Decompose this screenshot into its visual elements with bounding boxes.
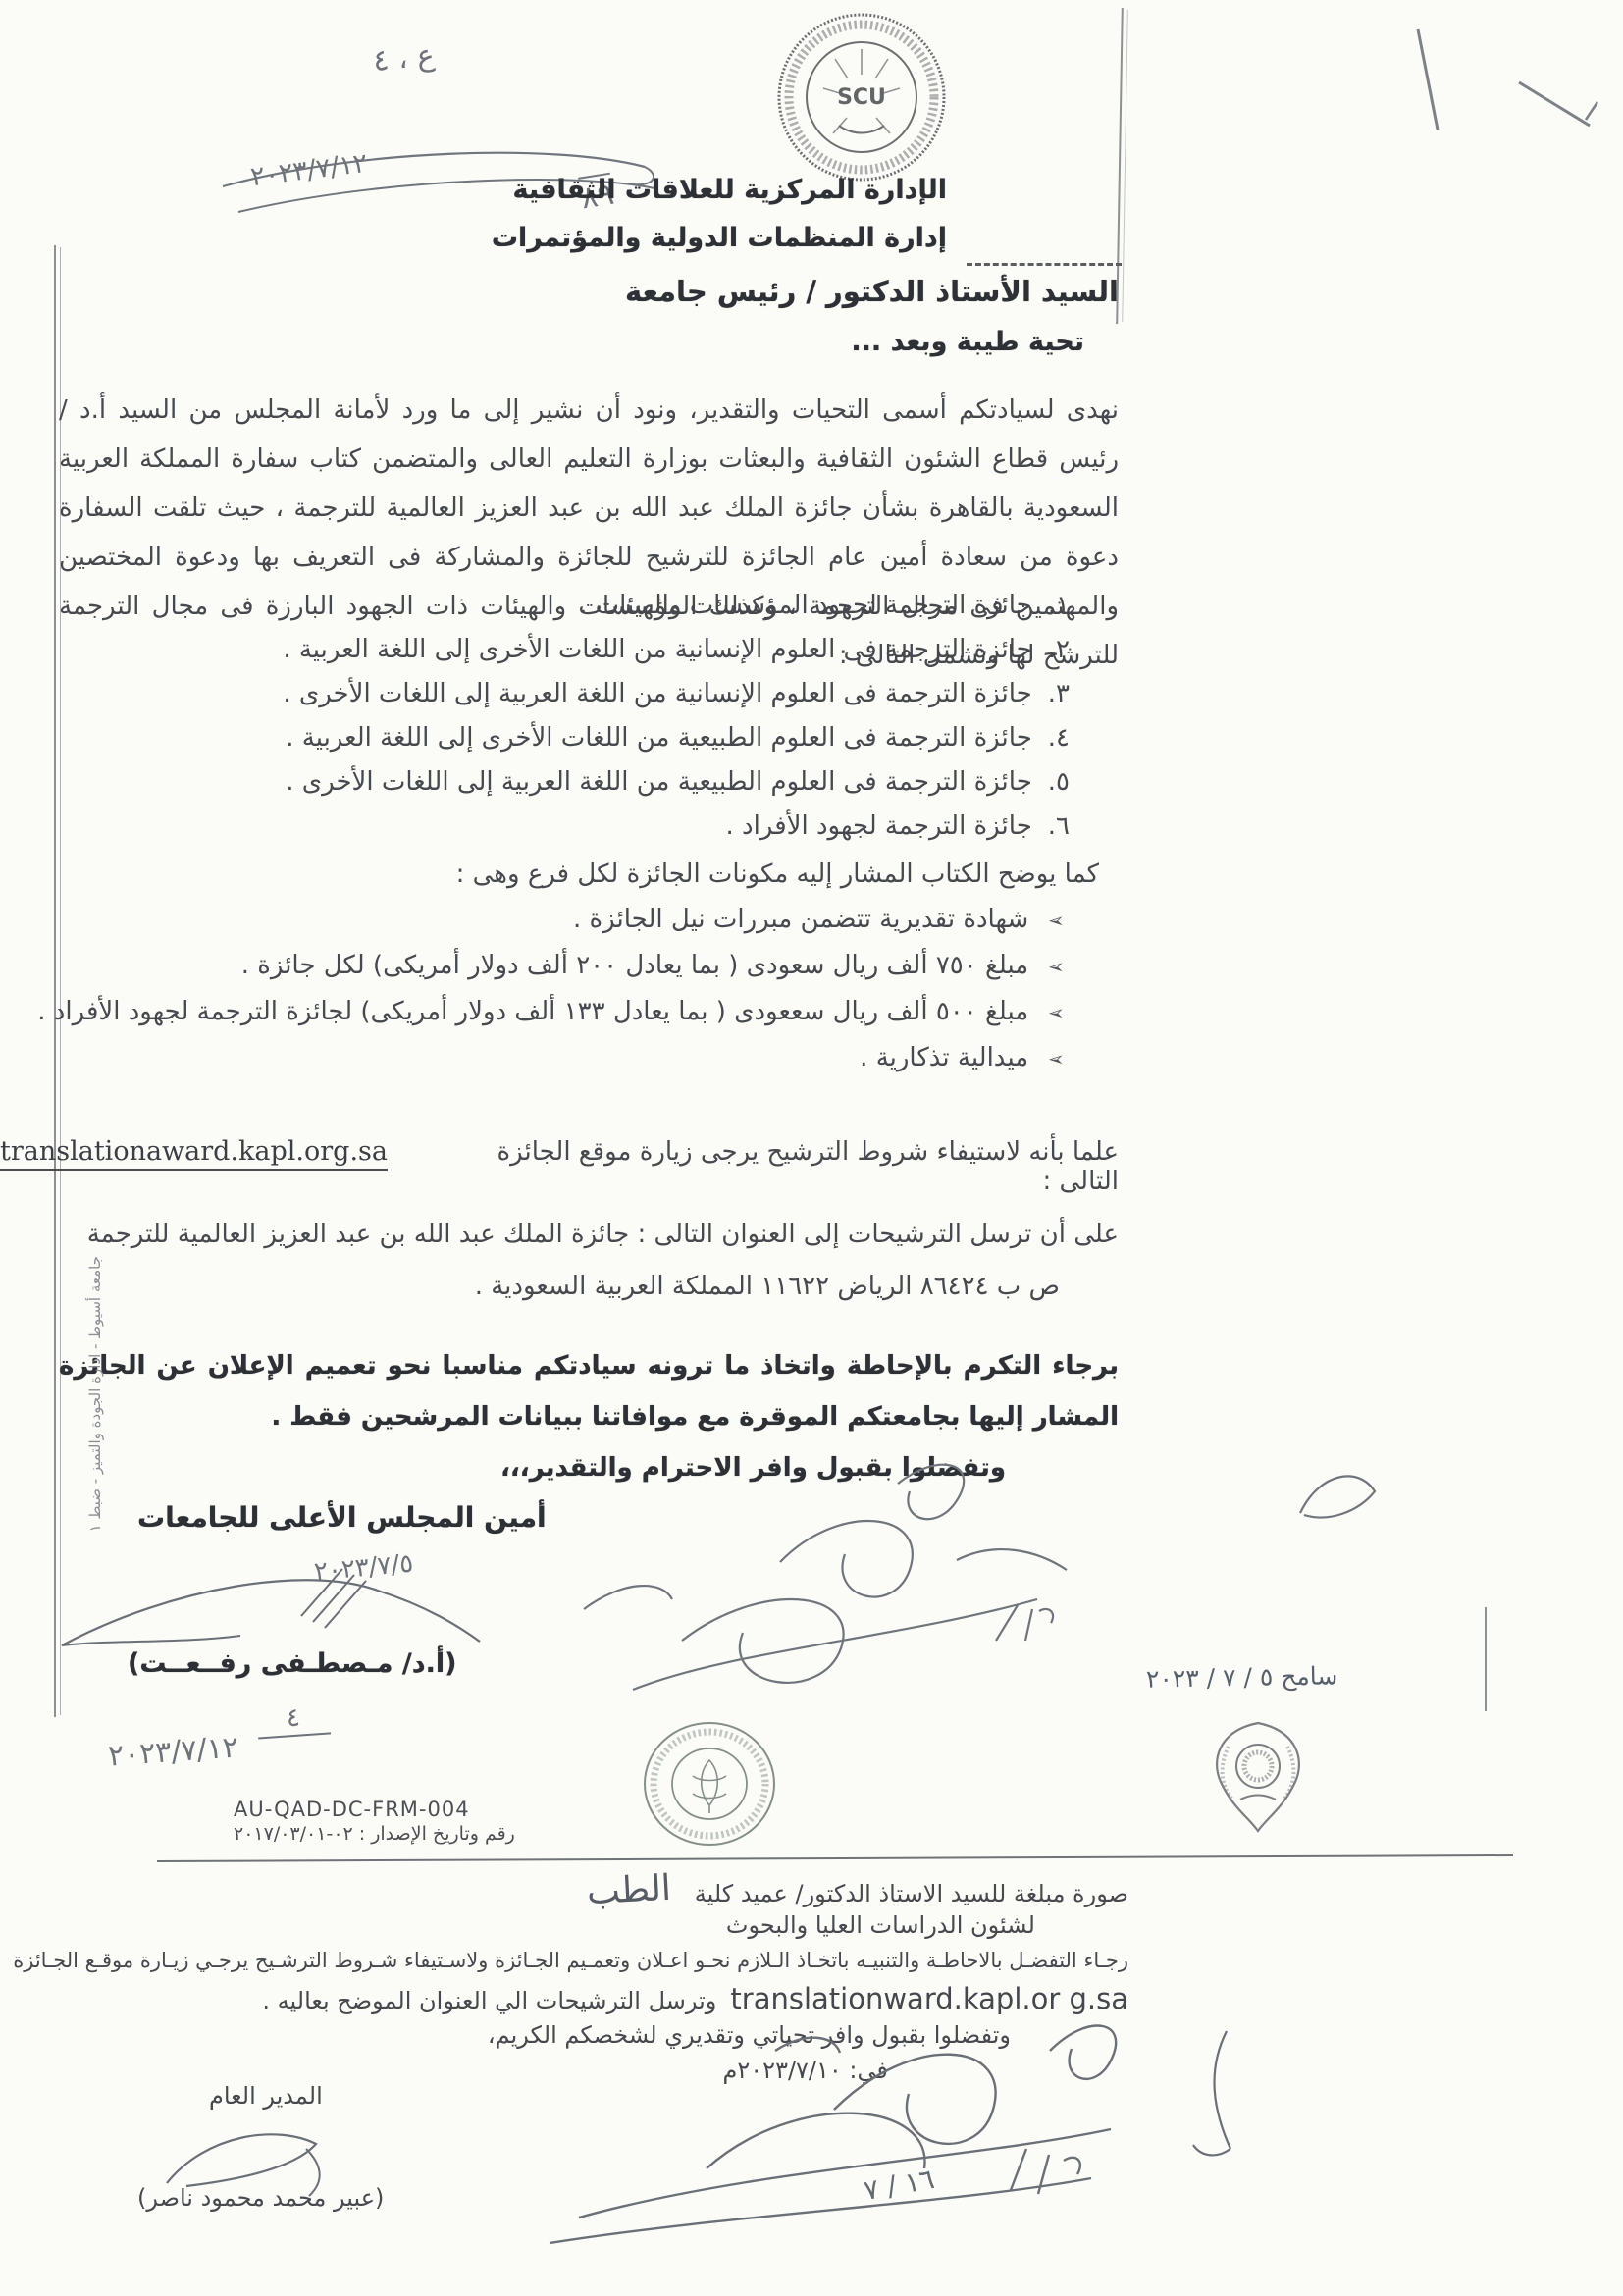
component-text: مبلغ ٧٥٠ ألف ريال سعودى ( بما يعادل ٢٠٠ … [241,951,1029,980]
copy-line-text: صورة مبلغة للسيد الاستاذ الدكتور/ عميد ك… [695,1880,1128,1907]
website-label: علما بأنه لاستيفاء شروط الترشيح يرجى زيا… [442,1137,1119,1196]
supreme-council-universities-seal: SCU [774,10,949,184]
handwritten-faculty-name: الطب [586,1868,672,1912]
award-list: ١. جائزة الترجمة لجهود المؤسسات والهيئات… [283,591,1070,856]
award-number: ٥. [1048,767,1070,797]
form-issue-line: رقم وتاريخ الإصدار : ٠٢-٢٠١٧/٠٣/٠١ [234,1823,515,1845]
arrow-bullet-icon: ➢ [1048,955,1065,978]
component-item-1: ➢ شهادة تقديرية تتضمن مبررات نيل الجائزة… [37,905,1065,951]
bottom-right-edge-line [1485,1607,1487,1711]
component-text: مبلغ ٥٠٠ ألف ريال سععودى ( بما يعادل ١٣٣… [37,997,1028,1026]
website-url-link[interactable]: translationaward.kapl.org.sa [0,1136,388,1171]
award-item-2: ٢. جائزة الترجمة فى العلوم الإنسانية من … [283,635,1070,679]
award-number: ٣. [1048,679,1070,708]
scanned-letter-page: ع ، ٤ ٢٠٢٣/٧/١٢ ٨٩ SCU الإدارة المركزية … [0,0,1623,2296]
award-text: جائزة الترجمة فى العلوم الطبيعية من اللغ… [286,723,1032,753]
pen-marks-top-right [1393,22,1609,149]
top-right-edge-line-2 [1122,10,1128,322]
handwritten-archive-mark [1168,2021,1276,2168]
header-central-administration: الإدارة المركزية للعلاقات الثقافية [512,175,947,205]
award-item-5: ٥. جائزة الترجمة فى العلوم الطبيعية من ا… [283,767,1070,811]
handwritten-bottom-scrawl [461,1992,1148,2267]
director-title: المدير العام [209,2082,323,2110]
assiut-university-logo-stamp [1199,1717,1317,1837]
handwritten-sameh-note: سامح ٥ / ٧ / ٢٠٢٣ [1146,1661,1338,1693]
component-item-4: ➢ ميدالية تذكارية . [37,1043,1065,1089]
award-text: جائزة الترجمة فى العلوم الإنسانية من الل… [283,679,1031,708]
component-text: شهادة تقديرية تتضمن مبررات نيل الجائزة . [573,905,1028,934]
footer-request-line: رجـاء التفضـل بالاحاطـة والتنبيـه باتخـا… [128,1949,1128,1972]
component-text: ميدالية تذكارية . [860,1043,1028,1072]
request-paragraph: برجاء التكرم بالإحاطة واتخاذ ما ترونه سي… [59,1340,1119,1442]
svg-text:SCU: SCU [837,85,886,110]
arrow-bullet-icon: ➢ [1048,909,1065,932]
award-text: جائزة الترجمة لجهود المؤسسات والهيئات . [579,591,1032,620]
footer-dept-line: لشئون الدراسات العليا والبحوث [726,1911,1035,1939]
signatory-name: (أ.د/ مـصطـفى رفــعــت) [128,1648,457,1679]
award-text: جائزة الترجمة لجهود الأفراد . [726,811,1032,841]
form-code: AU-QAD-DC-FRM-004 [234,1798,470,1821]
award-item-3: ٣. جائزة الترجمة فى العلوم الإنسانية من … [283,679,1070,723]
footer-copy-line: صورة مبلغة للسيد الاستاذ الدكتور/ عميد ك… [587,1870,1128,1910]
award-text: جائزة الترجمة فى العلوم الطبيعية من اللغ… [286,767,1032,797]
award-number: ٤. [1048,723,1070,753]
university-round-stamp [640,1717,779,1851]
website-line: علما بأنه لاستيفاء شروط الترشيح يرجى زيا… [0,1136,1119,1196]
address-line-1: على أن ترسل الترشيحات إلى العنوان التالى… [87,1220,1119,1249]
handwritten-received-number: ٤ [256,1700,331,1739]
director-name: (عبير محمد محمود ناصر) [137,2184,384,2212]
header-organizations-administration: إدارة المنظمات الدولية والمؤتمرات [492,223,947,253]
margin-vertical-text: جامعة أسيوط - ادارة الجودة والتميز - ضبط… [86,1256,104,2139]
header-underline [967,263,1122,266]
handwritten-top-note: ع ، ٤ [371,38,436,78]
component-item-2: ➢ مبلغ ٧٥٠ ألف ريال سعودى ( بما يعادل ٢٠… [37,951,1065,997]
greeting-line: تحية طيبة وبعد ... [851,327,1084,357]
footer-divider-line [157,1854,1513,1862]
components-intro: كما يوضح الكتاب المشار إليه مكونات الجائ… [456,860,1099,889]
award-item-1: ١. جائزة الترجمة لجهود المؤسسات والهيئات… [283,591,1070,635]
components-list: ➢ شهادة تقديرية تتضمن مبررات نيل الجائزة… [37,905,1065,1089]
arrow-bullet-icon: ➢ [1048,1047,1065,1070]
handwritten-office-scrawl [486,1442,1104,1727]
award-number: ٢. [1048,635,1070,664]
award-number: ١. [1048,591,1070,620]
award-item-6: ٦. جائزة الترجمة لجهود الأفراد . [283,811,1070,856]
address-line-2: ص ب ٨٦٤٢٤ الرياض ١١٦٢٢ المملكة العربية ا… [475,1272,1060,1301]
handwritten-check-mark [1290,1452,1388,1540]
arrow-bullet-icon: ➢ [1048,1001,1065,1024]
component-item-3: ➢ مبلغ ٥٠٠ ألف ريال سععودى ( بما يعادل ١… [37,997,1065,1043]
award-text: جائزة الترجمة فى العلوم الإنسانية من الل… [283,635,1031,664]
award-number: ٦. [1048,811,1070,841]
handwritten-received-date: ٢٠٢٣/٧/١٢ [107,1730,239,1773]
award-item-4: ٤. جائزة الترجمة فى العلوم الطبيعية من ا… [283,723,1070,767]
salutation-line: السيد الأستاذ الدكتور / رئيس جامعة [625,275,1119,308]
